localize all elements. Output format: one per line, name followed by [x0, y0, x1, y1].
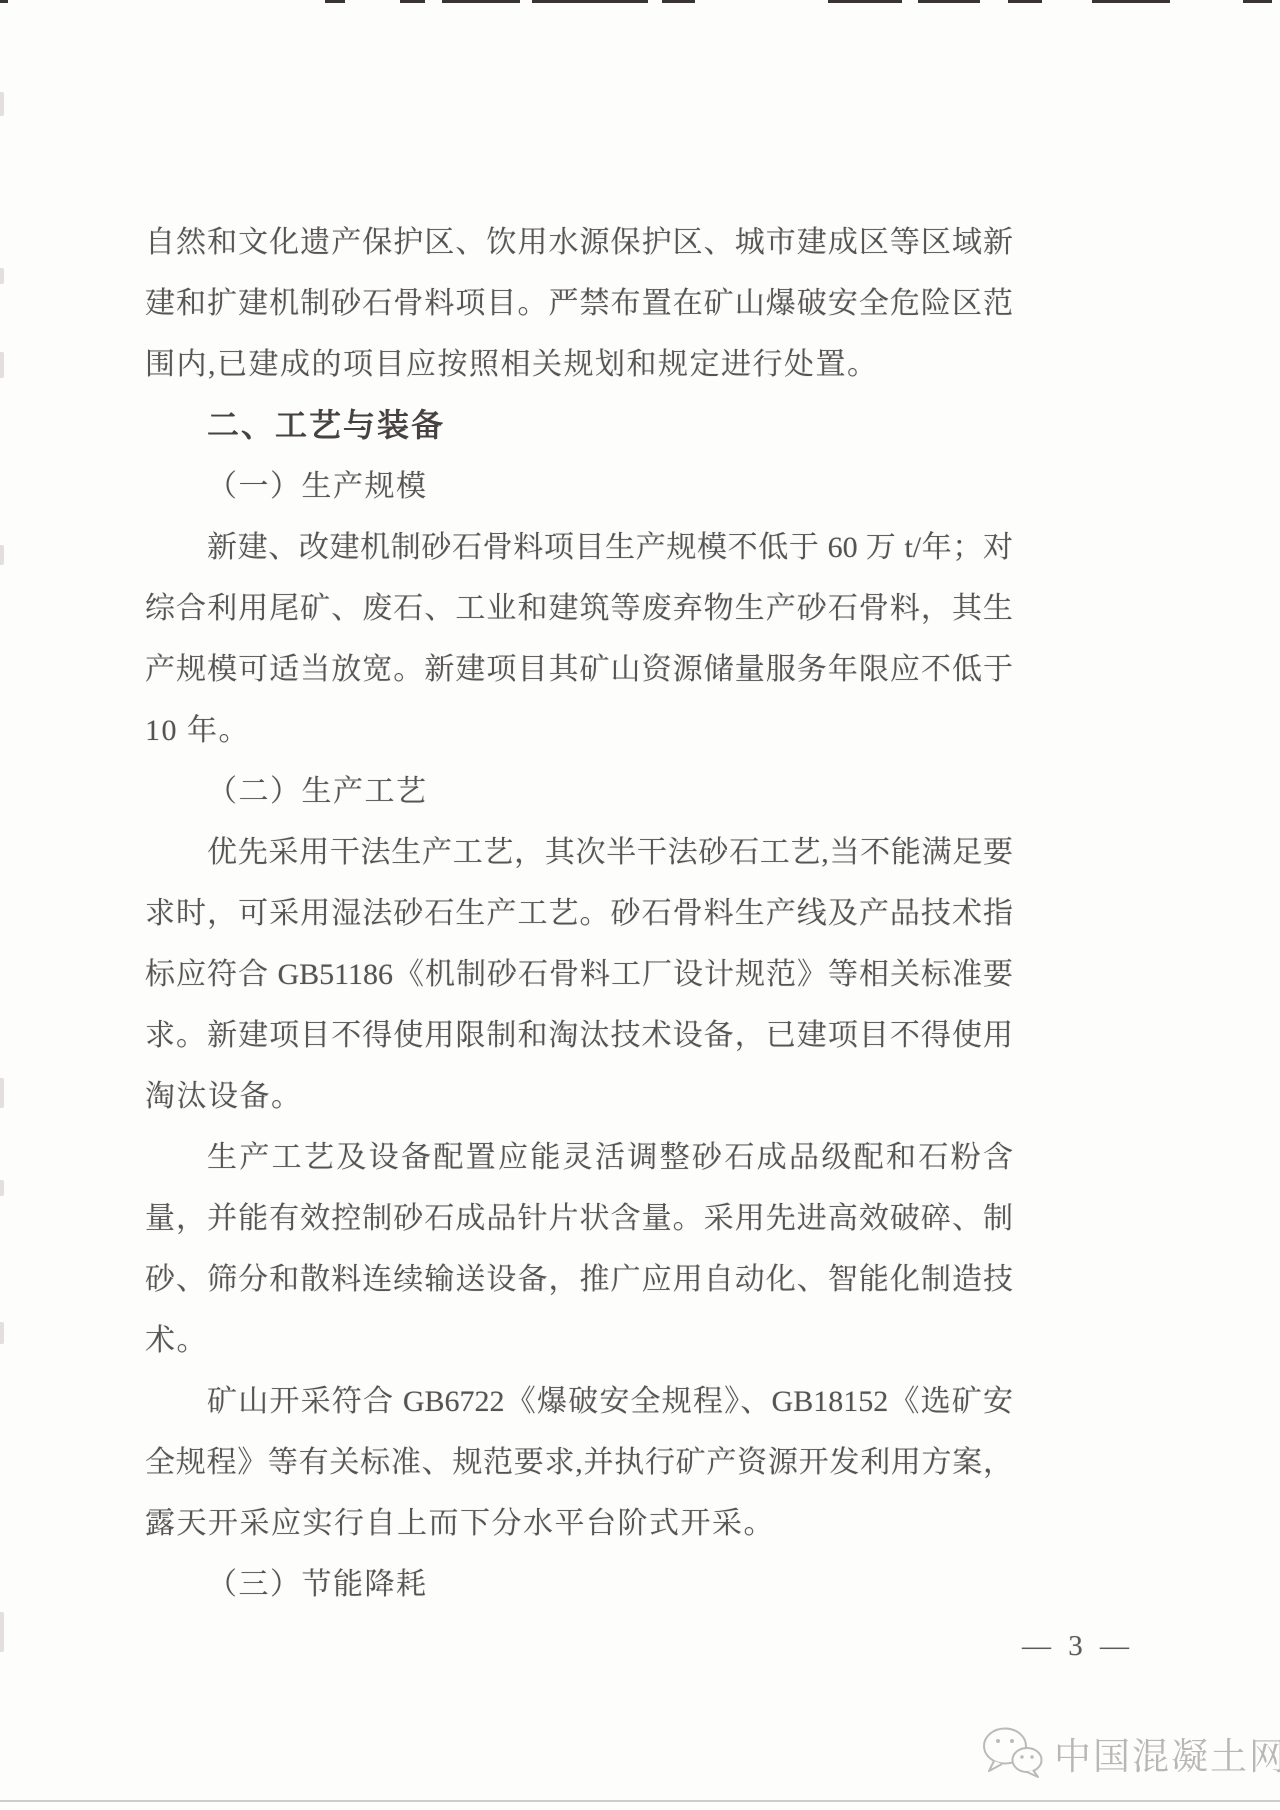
section-heading: 二、工艺与装备 [145, 395, 1013, 456]
scan-artifact-edge-mark [0, 268, 4, 284]
text-line: 露天开采应实行自上而下分水平台阶式开采。 [145, 1493, 1013, 1554]
text-line: 砂、筛分和散料连续输送设备，推广应用自动化、智能化制造技 [145, 1249, 1013, 1310]
text-line: 求。新建项目不得使用限制和淘汰技术设备，已建项目不得使用 [145, 1005, 1013, 1066]
text-line: （三）节能降耗 [145, 1554, 1013, 1615]
text-line: 优先采用干法生产工艺，其次半干法砂石工艺,当不能满足要 [145, 822, 1013, 883]
text-line: 产规模可适当放宽。新建项目其矿山资源储量服务年限应不低于 [145, 639, 1013, 700]
scan-artifact-bottom-line [0, 1800, 1280, 1802]
text-line: 10 年。 [145, 700, 1013, 761]
text-line: 淘汰设备。 [145, 1066, 1013, 1127]
scan-artifact-edge-mark [0, 92, 4, 116]
text-line: 求时，可采用湿法砂石生产工艺。砂石骨料生产线及产品技术指 [145, 883, 1013, 944]
scan-artifact-edge-mark [0, 1322, 4, 1344]
text-line: 综合利用尾矿、废石、工业和建筑等废弃物生产砂石骨料，其生 [145, 578, 1013, 639]
text-line: 生产工艺及设备配置应能灵活调整砂石成品级配和石粉含 [145, 1127, 1013, 1188]
text-line: 自然和文化遗产保护区、饮用水源保护区、城市建成区等区域新 [145, 212, 1013, 273]
footer-watermark: 中国混凝土网 [982, 1726, 1280, 1780]
scan-artifact-edge-mark [0, 352, 4, 378]
scanned-page: 自然和文化遗产保护区、饮用水源保护区、城市建成区等区域新建和扩建机制砂石骨料项目… [0, 0, 1280, 1810]
text-line: 围内,已建成的项目应按照相关规划和规定进行处置。 [145, 334, 1013, 395]
text-block: 自然和文化遗产保护区、饮用水源保护区、城市建成区等区域新建和扩建机制砂石骨料项目… [145, 212, 1013, 1615]
text-line: 建和扩建机制砂石骨料项目。严禁布置在矿山爆破安全危险区范 [145, 273, 1013, 334]
scan-artifact-top-dashes [0, 0, 1280, 3]
scan-artifact-edge-mark [0, 1078, 4, 1108]
text-line: 全规程》等有关标准、规范要求,并执行矿产资源开发利用方案， [145, 1432, 1013, 1493]
text-line: 标应符合 GB51186《机制砂石骨料工厂设计规范》等相关标准要 [145, 944, 1013, 1005]
scan-artifact-edge-mark [0, 1612, 4, 1652]
page-number: — 3 — [1022, 1630, 1134, 1663]
text-line: （一）生产规模 [145, 456, 1013, 517]
wechat-icon [982, 1726, 1044, 1780]
site-name: 中国混凝土网 [1054, 1726, 1280, 1780]
text-line: （二）生产工艺 [145, 761, 1013, 822]
text-line: 术。 [145, 1310, 1013, 1371]
text-line: 新建、改建机制砂石骨料项目生产规模不低于 60 万 t/年；对 [145, 517, 1013, 578]
scan-artifact-edge-mark [0, 1180, 4, 1196]
scan-artifact-edge-mark [0, 545, 4, 565]
text-line: 量，并能有效控制砂石成品针片状含量。采用先进高效破碎、制 [145, 1188, 1013, 1249]
text-line: 矿山开采符合 GB6722《爆破安全规程》、GB18152《选矿安 [145, 1371, 1013, 1432]
